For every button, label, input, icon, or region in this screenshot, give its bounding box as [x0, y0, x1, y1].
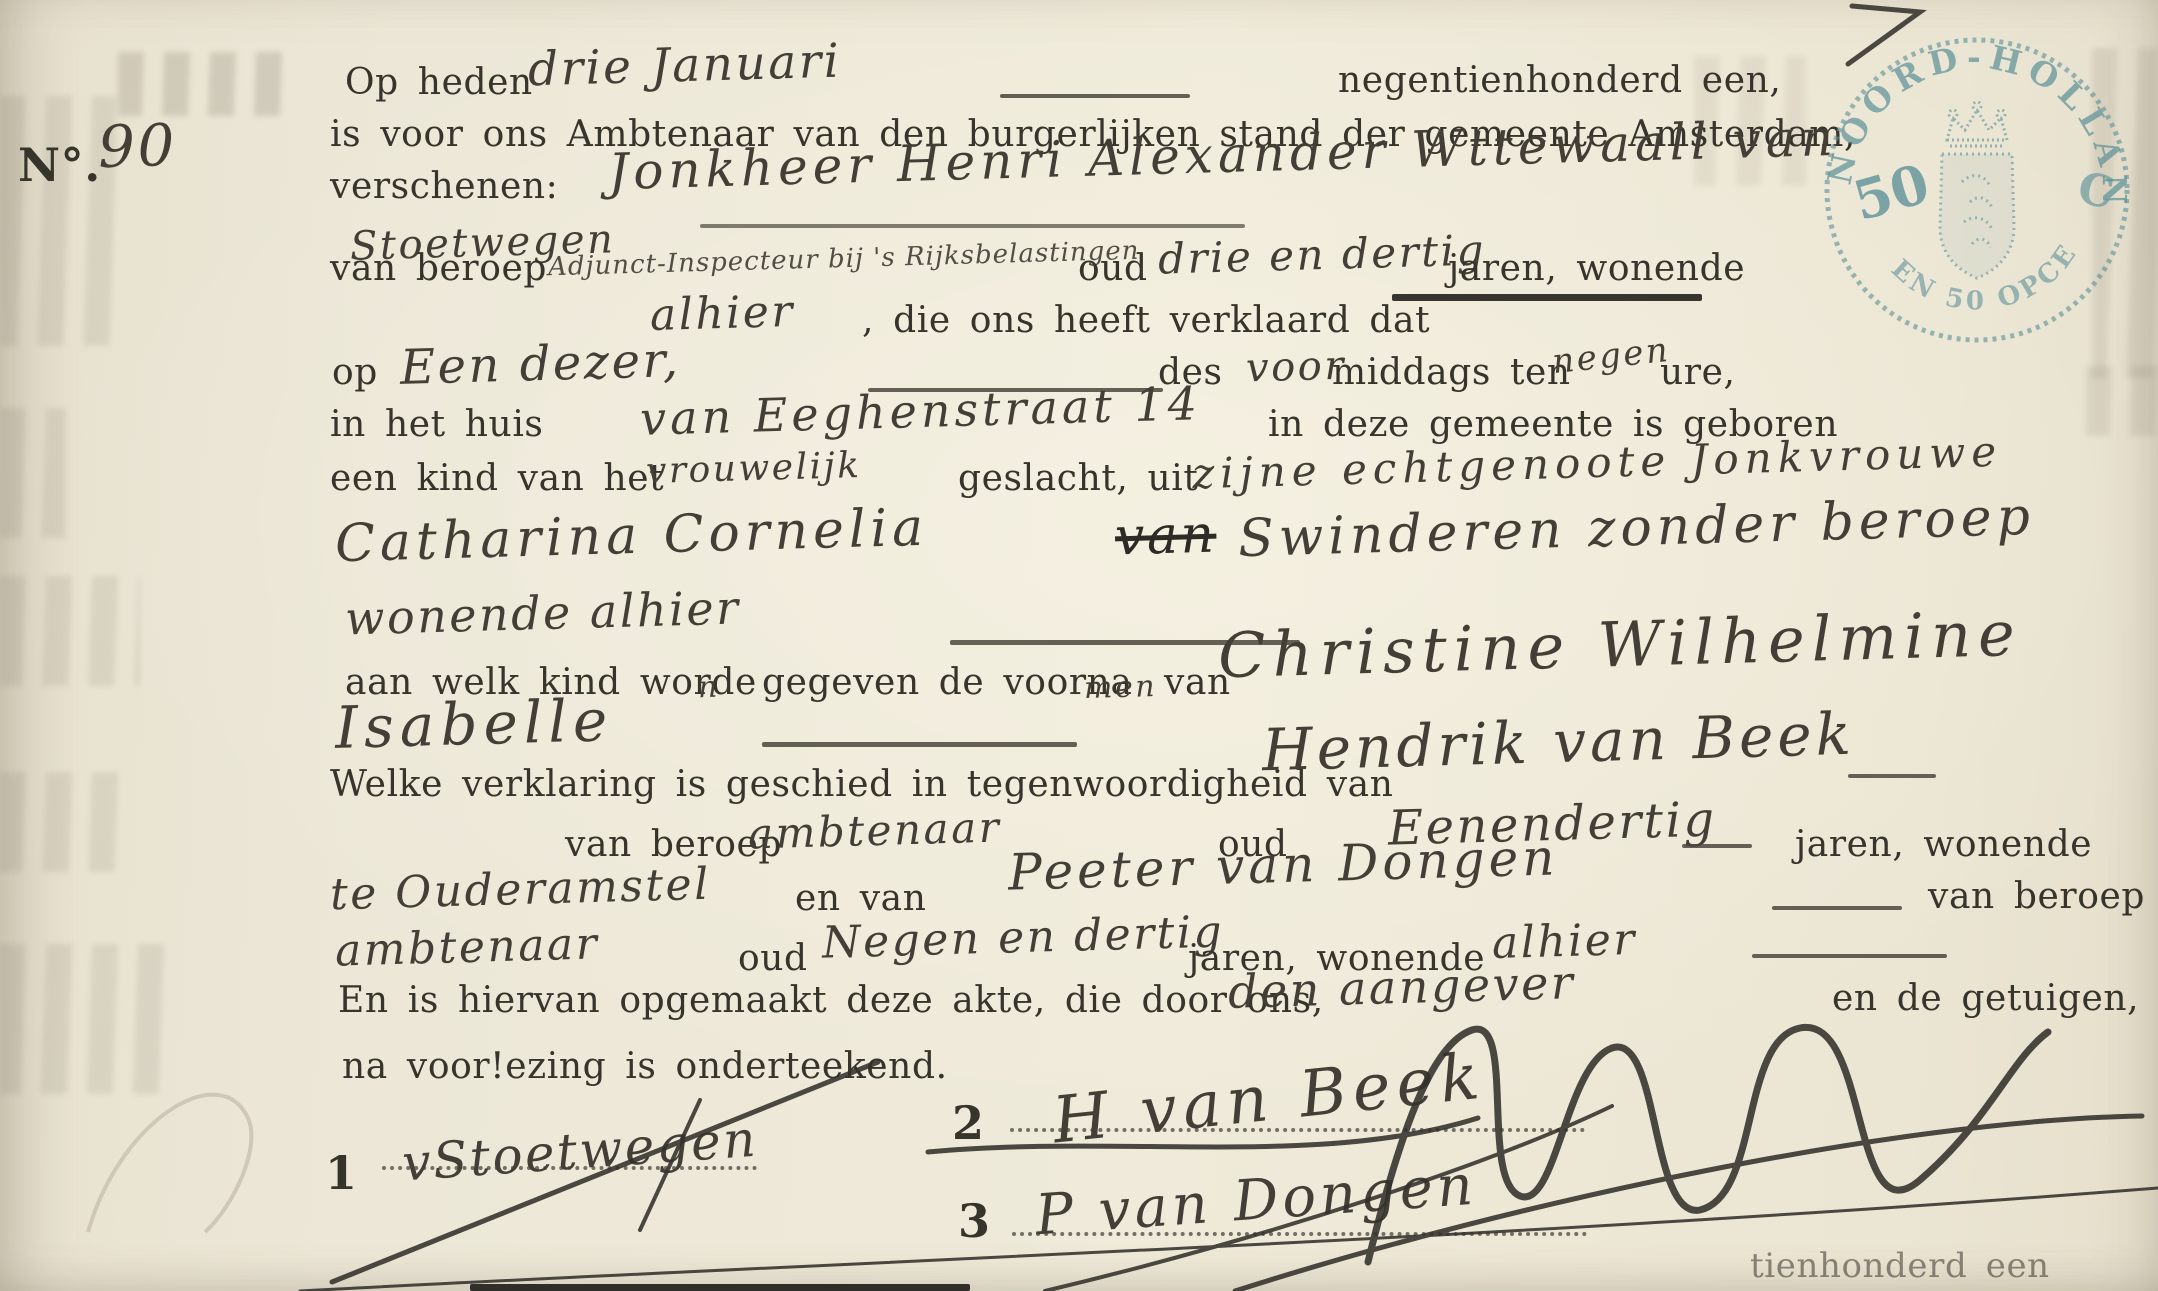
- printed-verschenen: verschenen:: [330, 166, 558, 207]
- hw-child-names-2: Isabelle: [334, 686, 614, 762]
- printed-in-het-huis: in het huis: [330, 404, 544, 445]
- signature-index-1: 1: [325, 1146, 358, 1200]
- bleed-through: [118, 52, 288, 116]
- hw-mother-residence: wonende alhier: [344, 580, 741, 645]
- hw-witness1-occupation: ambtenaar: [747, 802, 1001, 858]
- filler-dash: [762, 742, 1077, 747]
- printed-aan-welk-2: gegeven de voorna: [762, 662, 1133, 703]
- bleed-through: [0, 408, 66, 538]
- hw-birth-hour: negen: [1550, 330, 1672, 382]
- filler-dash: [1392, 294, 1702, 301]
- printed-van-beroep-3: van beroep: [1928, 876, 2145, 917]
- bleed-through: [0, 576, 140, 686]
- hw-mother-name-1: Catharina Cornelia: [334, 498, 929, 575]
- printed-oud-3: oud: [738, 938, 808, 979]
- printed-verklaard: , die ons heeft verklaard dat: [862, 300, 1430, 341]
- printed-year: negentienhonderd een,: [1338, 60, 1781, 101]
- registrar-signature: [1612, 1027, 2048, 1210]
- printed-ure: ure,: [1660, 352, 1736, 393]
- filler-dash: [1752, 954, 1947, 958]
- hw-mother-name-struck: van: [1114, 505, 1217, 568]
- filler-dash: [1772, 906, 1902, 910]
- printed-en-de-getuigen: en de getuigen,: [1832, 978, 2139, 1019]
- printed-en-is-hiervan: En is hiervan opgemaakt deze akte, die d…: [338, 980, 1324, 1021]
- printed-middags-ten: middags ten: [1332, 352, 1571, 393]
- hw-date: drie Januari: [527, 34, 842, 98]
- bleed-through-flourish: [88, 1095, 251, 1232]
- hw-geslacht: vrouwelijk: [645, 445, 862, 492]
- hw-declarant-age: drie en dertig: [1157, 225, 1486, 283]
- filler-dash: [1848, 774, 1936, 778]
- hw-n: n: [698, 670, 721, 706]
- bleed-through: [0, 772, 122, 872]
- printed-kind-van-het: een kind van het: [330, 458, 664, 499]
- printed-jaren-wonende-2: jaren, wonende: [1795, 824, 2092, 865]
- act-number-label: N°.: [18, 138, 101, 192]
- signature-declarant: vStoetwegen: [400, 1110, 759, 1193]
- hw-birth-day: Een dezer,: [399, 332, 681, 396]
- printed-jaren-wonende: jaren, wonende: [1448, 248, 1745, 289]
- hw-mother-name-2: Swinderen zonder beroep: [1237, 487, 2035, 569]
- form-rule: [700, 224, 1245, 228]
- filler-dash: [1000, 94, 1190, 98]
- hw-witness2-occupation: ambtenaar: [334, 918, 600, 976]
- printed-op-heden: Op heden: [345, 62, 533, 103]
- printed-en-van: en van: [795, 878, 927, 919]
- signature-index-3: 3: [958, 1194, 991, 1248]
- lion-shield-icon: [1940, 154, 2014, 278]
- printed-na-voorlezing: na voor!ezing is onderteekend.: [342, 1046, 948, 1087]
- hw-birth-address: van Eeghenstraat 14: [639, 376, 1201, 446]
- next-act-rule: [470, 1284, 970, 1291]
- bleed-through: [2086, 366, 2158, 436]
- bleed-through: [0, 944, 170, 1094]
- hw-witness1-name: Hendrik van Beek: [1261, 700, 1855, 785]
- signature-index-2: 2: [952, 1096, 985, 1150]
- hw-declarant-occupation: Adjunct-Inspecteur bij 's Rijksbelasting…: [548, 236, 1140, 283]
- revenue-stamp: NOORD-HOLLAND EN 50 OPCENTEN 50 C: [1812, 22, 2142, 352]
- signature-witness1: H van Beek: [1049, 1040, 1488, 1159]
- hw-child-names-1: Christine Wilhelmine: [1217, 597, 2022, 692]
- birth-certificate-scan: N°. 90 Op heden drie Januari negentienho…: [0, 0, 2158, 1291]
- printed-oud: oud: [1078, 248, 1148, 289]
- hw-witness2-age: Negen en dertig: [821, 906, 1224, 968]
- act-number-value: 90: [97, 111, 178, 181]
- filler-dash: [1682, 844, 1752, 848]
- hw-witness2-name: Peeter van Dongen: [1007, 828, 1559, 901]
- printed-welke-verklaring: Welke verklaring is geschied in tegenwoo…: [330, 764, 1394, 805]
- hw-witness1-residence: te Ouderamstel: [329, 859, 711, 921]
- next-act-fragment: tienhonderd een: [1750, 1246, 2050, 1286]
- printed-geslacht-uit: geslacht, uit: [958, 458, 1198, 499]
- printed-van-beroep: van beroep: [330, 248, 547, 289]
- hw-men: men: [1084, 669, 1158, 706]
- hw-aangever: den aangever: [1227, 955, 1576, 1019]
- printed-op: op: [332, 352, 378, 393]
- crown-icon: [1947, 102, 2007, 146]
